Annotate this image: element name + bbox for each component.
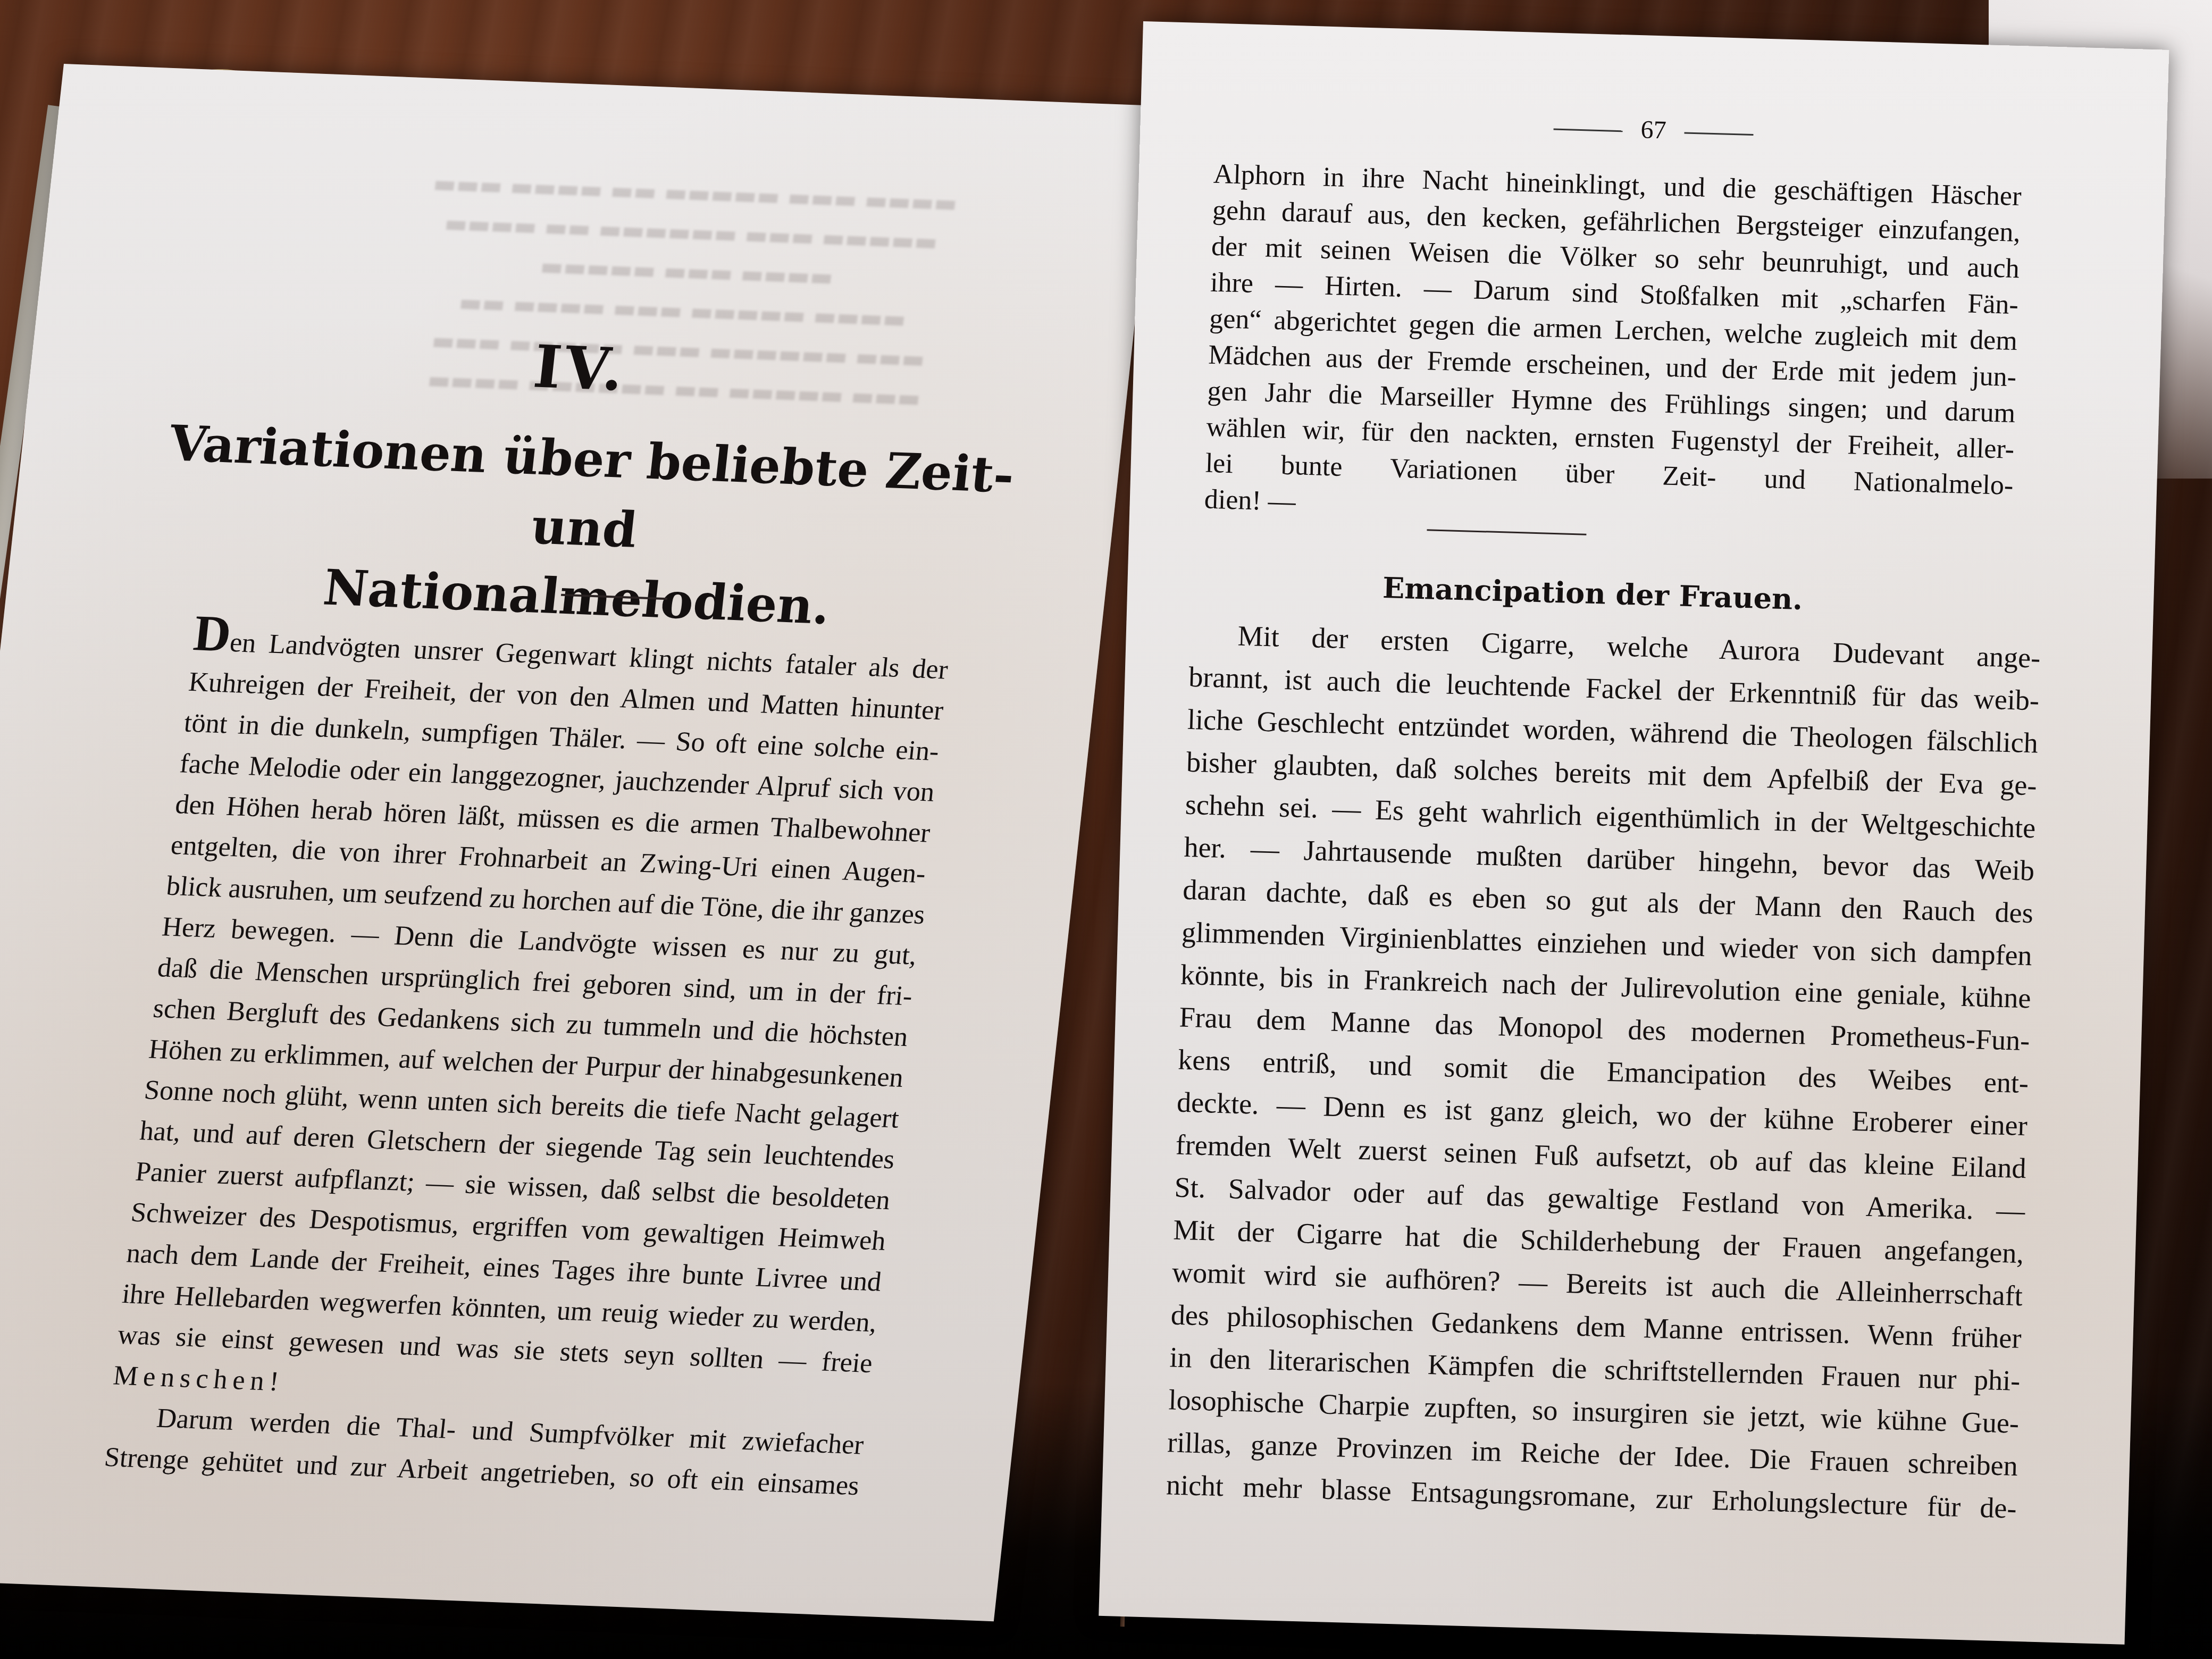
left-page: ▬▬▬ ▬▬▬▬ ▬▬ ▬▬▬▬▬ ▬▬▬ ▬▬▬▬ ▬▬▬▬ ▬▬ ▬▬▬▬▬… [0, 64, 1158, 1621]
right-page: 67 Alphorn in ihre Nacht hineinklingt, u… [1099, 21, 2169, 1645]
chapter-title: Variationen über beliebte Zeit- und Nati… [111, 407, 1058, 649]
right-page-continuation: Alphorn in ihre Nacht hineinklingt, und … [1204, 156, 2022, 540]
left-page-body: Den Landvögten unsrer Gegenwart klingt n… [102, 617, 950, 1506]
section-divider-rule [1427, 529, 1586, 535]
open-book: ▬▬▬ ▬▬▬▬ ▬▬ ▬▬▬▬▬ ▬▬▬ ▬▬▬▬ ▬▬▬▬ ▬▬ ▬▬▬▬▬… [0, 0, 2212, 1659]
header-dash [1554, 129, 1623, 132]
header-dash [1684, 132, 1753, 136]
page-number: 67 [1640, 115, 1666, 144]
page-header: 67 [1140, 101, 2167, 159]
section-title: Emancipation der Frauen. [1127, 564, 2058, 624]
drop-cap: D [191, 604, 234, 662]
right-page-section-body: Mit der ersten Cigarre, welche Aurora Du… [1166, 613, 2041, 1530]
